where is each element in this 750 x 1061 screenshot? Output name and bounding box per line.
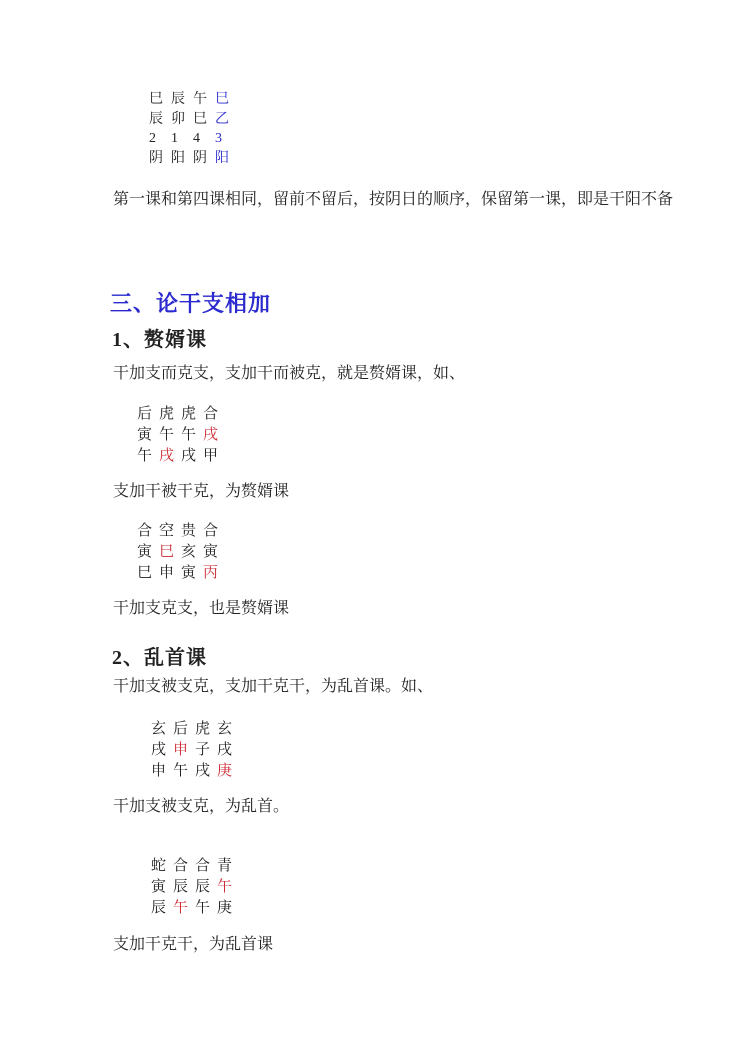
subsection-1-desc: 干加支而克支，支加干而被克，就是赘婿课，如、 xyxy=(113,363,465,385)
subsection-1-table-a: 后虎虎合寅午午戌午戌戌甲 xyxy=(137,404,218,467)
table-cell: 巳 xyxy=(159,542,174,563)
subsection-1-note-a: 支加干被干克，为赘婿课 xyxy=(113,481,289,503)
table-cell: 辰 xyxy=(173,877,188,898)
table-cell: 午 xyxy=(159,425,174,446)
table-cell: 空 xyxy=(159,521,174,542)
table-cell: 虎 xyxy=(159,404,174,425)
table-cell: 蛇 xyxy=(151,856,166,877)
table-cell: 4 xyxy=(193,129,207,149)
table-row: 玄后虎玄 xyxy=(151,719,232,740)
table-cell: 1 xyxy=(171,129,185,149)
subsection-2-title: 2、乱首课 xyxy=(112,645,207,672)
table-cell: 戌 xyxy=(159,446,174,467)
table-cell: 午 xyxy=(217,877,232,898)
table-row: 寅午午戌 xyxy=(137,425,218,446)
table-cell: 午 xyxy=(173,898,188,919)
table-cell: 阳 xyxy=(171,149,185,169)
table-cell: 庚 xyxy=(217,761,232,782)
table-cell: 午 xyxy=(137,446,152,467)
table-cell: 阴 xyxy=(149,149,163,169)
table-cell: 戌 xyxy=(181,446,196,467)
table-row: 后虎虎合 xyxy=(137,404,218,425)
table-cell: 玄 xyxy=(217,719,232,740)
table-row: 合空贵合 xyxy=(137,521,218,542)
subsection-1-note-b: 干加支克支，也是赘婿课 xyxy=(113,598,289,620)
table-row: 2143 xyxy=(149,129,229,149)
table-cell: 阴 xyxy=(193,149,207,169)
table-cell: 寅 xyxy=(137,542,152,563)
table-cell: 申 xyxy=(159,563,174,584)
table-cell: 合 xyxy=(203,404,218,425)
table-cell: 丙 xyxy=(203,563,218,584)
section-heading: 三、论干支相加 xyxy=(110,291,271,317)
document-page: 巳辰午巳辰卯巳乙2143阴阳阴阳 第一课和第四课相同，留前不留后，按阴日的顺序，… xyxy=(0,0,750,1061)
table-cell: 合 xyxy=(173,856,188,877)
table-cell: 午 xyxy=(195,898,210,919)
table-row: 辰午午庚 xyxy=(151,898,232,919)
subsection-1-table-b: 合空贵合寅巳亥寅巳申寅丙 xyxy=(137,521,218,584)
table-cell: 巳 xyxy=(193,110,207,130)
subsection-2-note-a: 干加支被支克，为乱首。 xyxy=(113,796,289,818)
table-cell: 寅 xyxy=(137,425,152,446)
table-row: 戌申子戌 xyxy=(151,740,232,761)
table-row: 阴阳阴阳 xyxy=(149,149,229,169)
table-cell: 后 xyxy=(137,404,152,425)
table-row: 午戌戌甲 xyxy=(137,446,218,467)
table-cell: 寅 xyxy=(203,542,218,563)
table-cell: 3 xyxy=(215,129,229,149)
table-cell: 亥 xyxy=(181,542,196,563)
table-cell: 寅 xyxy=(151,877,166,898)
table-row: 寅辰辰午 xyxy=(151,877,232,898)
table-cell: 庚 xyxy=(217,898,232,919)
intro-course-table: 巳辰午巳辰卯巳乙2143阴阳阴阳 xyxy=(149,90,229,168)
table-row: 申午戌庚 xyxy=(151,761,232,782)
table-cell: 合 xyxy=(203,521,218,542)
intro-note-paragraph: 第一课和第四课相同，留前不留后，按阴日的顺序，保留第一课，即是干阳不备 xyxy=(113,189,673,211)
subsection-2-note-b: 支加干克干，为乱首课 xyxy=(113,934,273,956)
table-cell: 戌 xyxy=(151,740,166,761)
table-cell: 巳 xyxy=(149,90,163,110)
table-cell: 巳 xyxy=(137,563,152,584)
table-cell: 甲 xyxy=(203,446,218,467)
table-row: 巳辰午巳 xyxy=(149,90,229,110)
table-cell: 阳 xyxy=(215,149,229,169)
table-cell: 辰 xyxy=(171,90,185,110)
subsection-2-table-b: 蛇合合青寅辰辰午辰午午庚 xyxy=(151,856,232,919)
table-row: 蛇合合青 xyxy=(151,856,232,877)
table-cell: 2 xyxy=(149,129,163,149)
table-cell: 辰 xyxy=(151,898,166,919)
table-cell: 午 xyxy=(193,90,207,110)
subsection-2-table-a: 玄后虎玄戌申子戌申午戌庚 xyxy=(151,719,232,782)
table-row: 寅巳亥寅 xyxy=(137,542,218,563)
table-cell: 虎 xyxy=(181,404,196,425)
table-row: 巳申寅丙 xyxy=(137,563,218,584)
table-cell: 乙 xyxy=(215,110,229,130)
table-cell: 寅 xyxy=(181,563,196,584)
table-cell: 申 xyxy=(173,740,188,761)
table-cell: 辰 xyxy=(149,110,163,130)
table-cell: 合 xyxy=(137,521,152,542)
table-cell: 虎 xyxy=(195,719,210,740)
table-row: 辰卯巳乙 xyxy=(149,110,229,130)
table-cell: 玄 xyxy=(151,719,166,740)
table-cell: 贵 xyxy=(181,521,196,542)
table-cell: 卯 xyxy=(171,110,185,130)
table-cell: 辰 xyxy=(195,877,210,898)
table-cell: 戌 xyxy=(195,761,210,782)
table-cell: 午 xyxy=(173,761,188,782)
table-cell: 子 xyxy=(195,740,210,761)
table-cell: 申 xyxy=(151,761,166,782)
subsection-1-title: 1、赘婿课 xyxy=(112,327,207,354)
table-cell: 戌 xyxy=(203,425,218,446)
table-cell: 巳 xyxy=(215,90,229,110)
table-cell: 合 xyxy=(195,856,210,877)
subsection-2-desc: 干加支被支克，支加干克干，为乱首课。如、 xyxy=(113,676,433,698)
table-cell: 青 xyxy=(217,856,232,877)
table-cell: 戌 xyxy=(217,740,232,761)
table-cell: 午 xyxy=(181,425,196,446)
table-cell: 后 xyxy=(173,719,188,740)
